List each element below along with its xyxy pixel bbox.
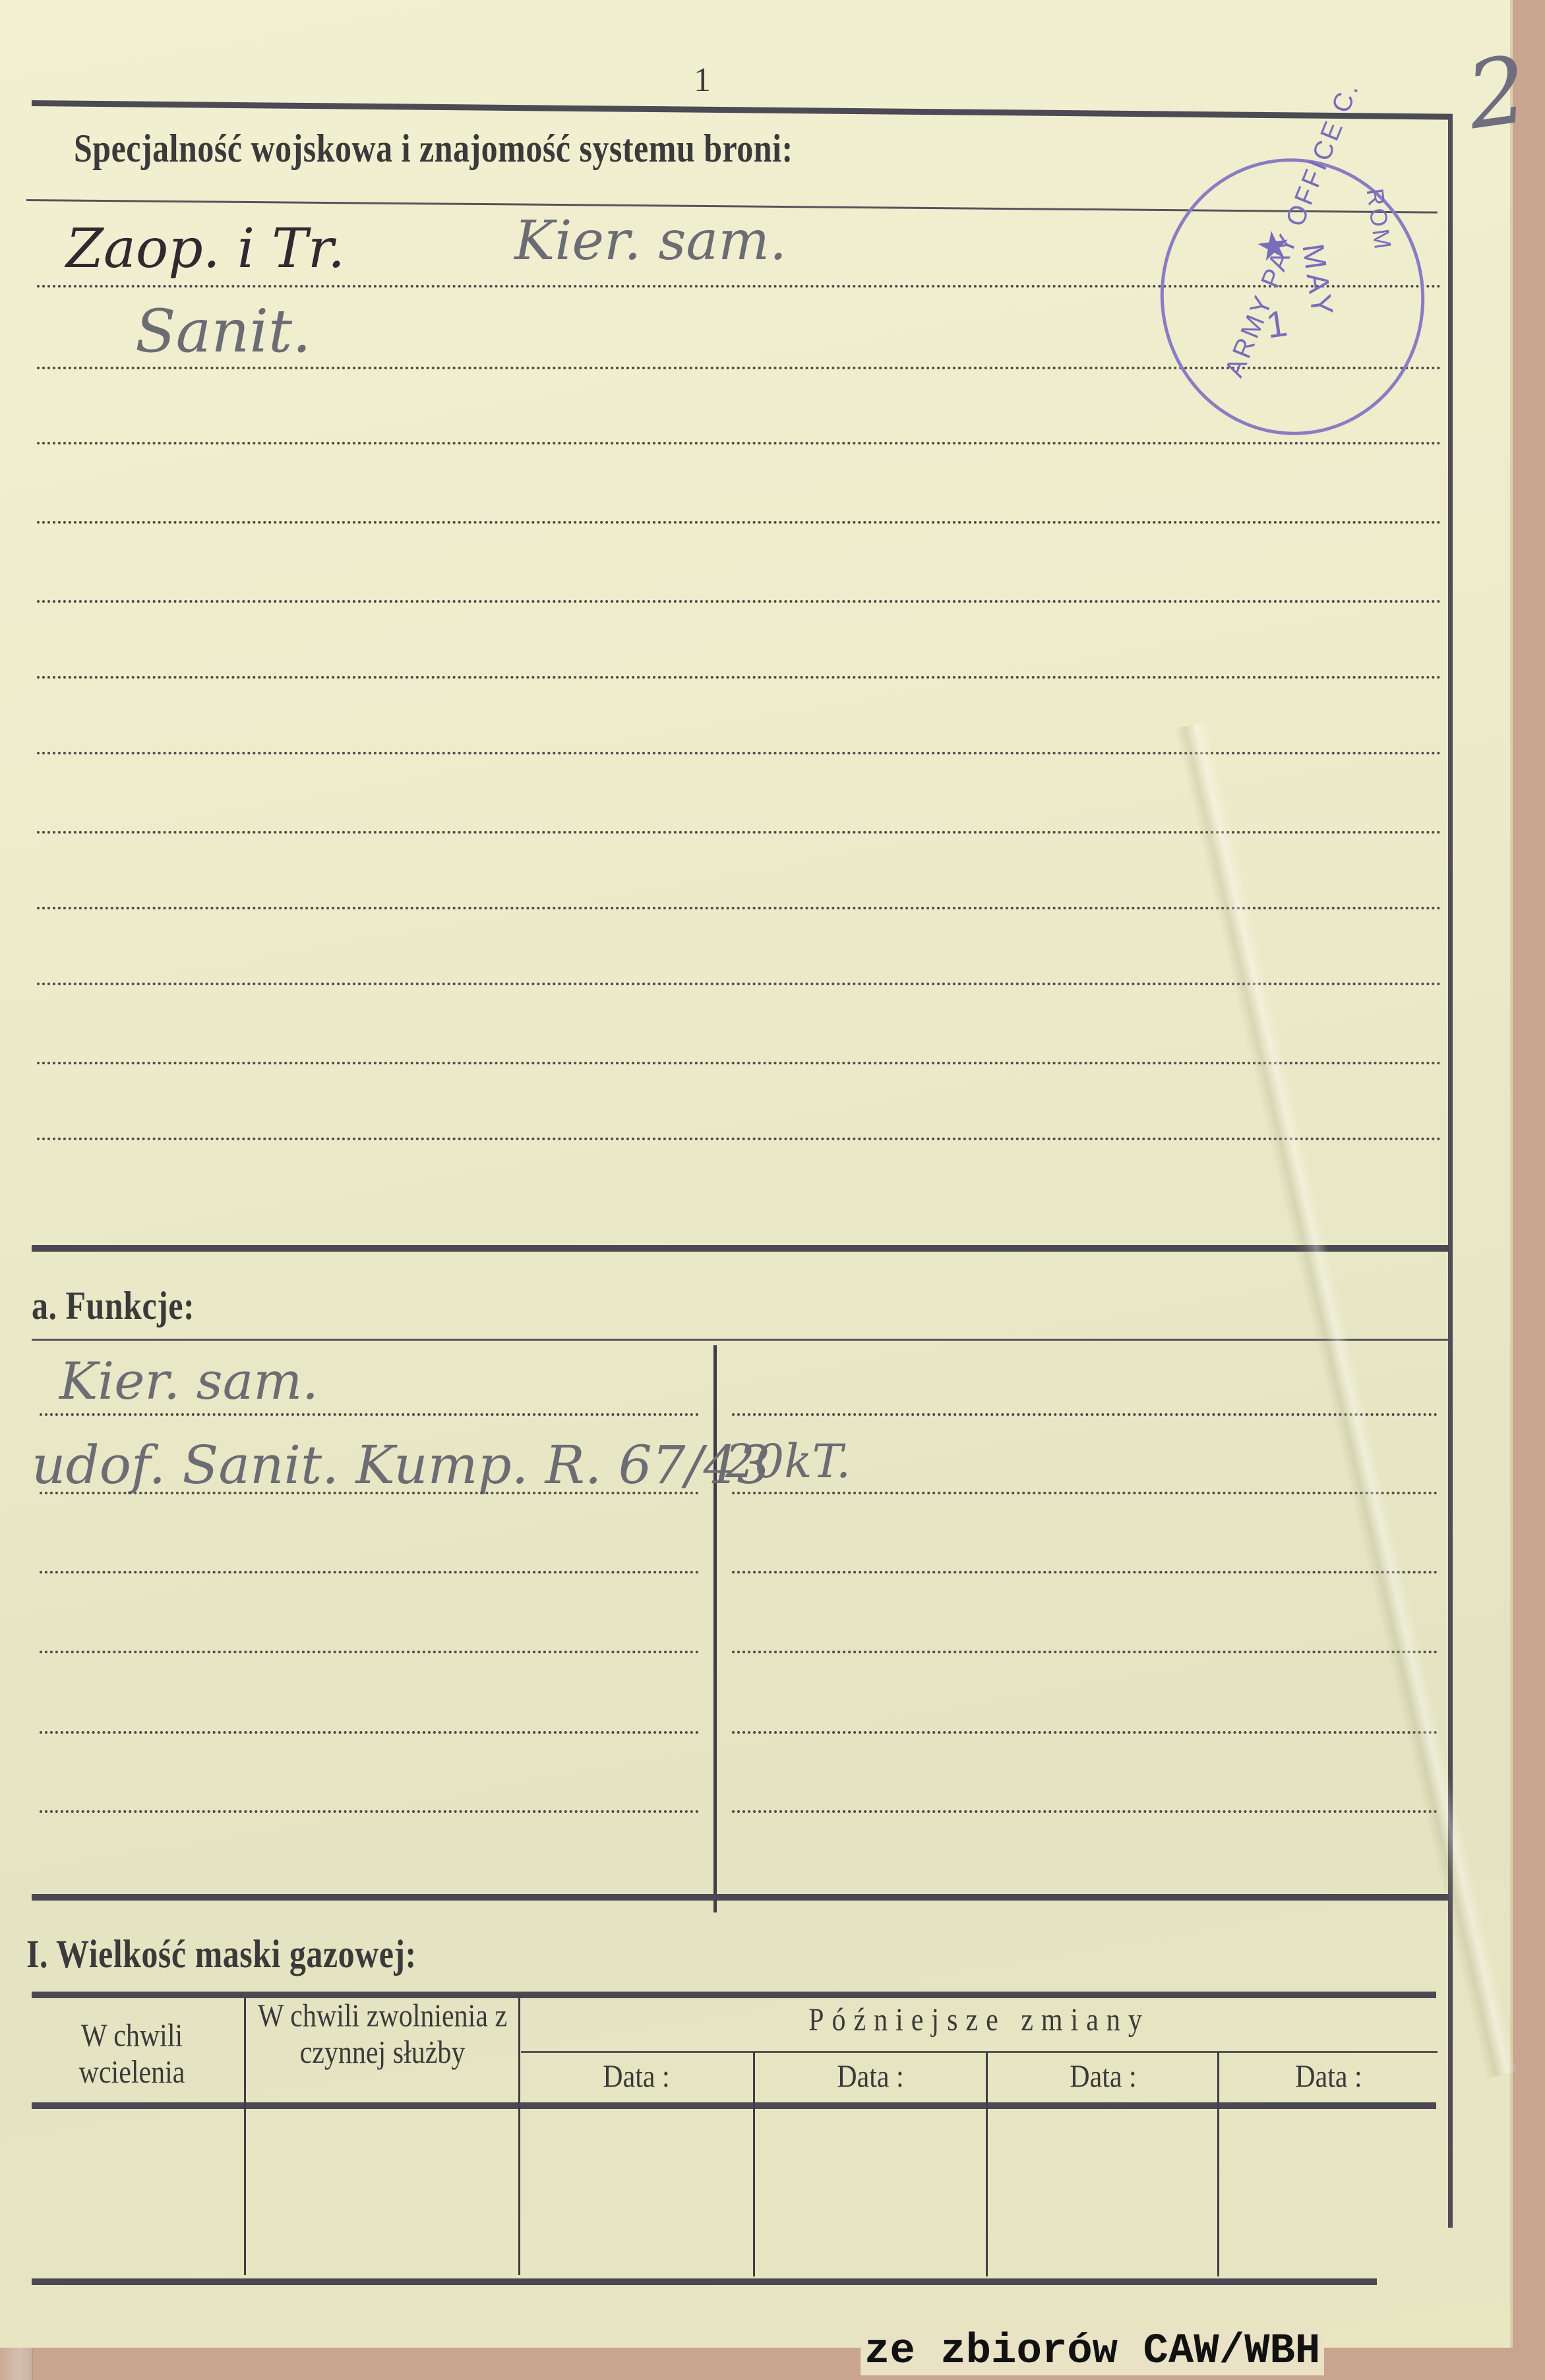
table-column-divider: [244, 1998, 246, 2275]
dotted-line: [40, 1731, 699, 1734]
section-divider: [32, 1894, 1449, 1901]
dotted-line: [37, 983, 1441, 985]
column-header-later-changes: Późniejsze zmiany: [521, 2002, 1438, 2039]
page-number: 1: [694, 61, 711, 100]
handwritten-specialty-pencil: Kier. sam.: [514, 210, 787, 272]
frame-top-rule: [32, 100, 1453, 120]
pencil-page-number: 2: [1461, 36, 1534, 151]
dotted-line: [732, 1571, 1438, 1573]
later-changes-rule: [521, 2051, 1438, 2053]
column-header-discharge: W chwili zwolnienia z czynnej służby: [251, 1998, 514, 2071]
dotted-line: [732, 1731, 1438, 1734]
dotted-line: [732, 1810, 1438, 1813]
stamp-date-day: 1: [1263, 301, 1290, 347]
column-header-induction: W chwili wcielenia: [26, 2018, 237, 2091]
table-column-divider: [518, 1998, 520, 2275]
column-header-date-2: Data :: [755, 2059, 986, 2096]
document-page: 1 2 Specjalność wojskowa i znajomość sys…: [0, 0, 1513, 2348]
handwritten-function-line2: udof. Sanit. Kump. R. 67/43: [32, 1434, 770, 1496]
dotted-line: [37, 1138, 1441, 1140]
table-top-rule: [32, 1992, 1436, 1998]
dotted-line: [732, 1651, 1438, 1653]
table-header-rule: [32, 2102, 1436, 2109]
section-title-functions: a. Funkcje:: [32, 1283, 195, 1329]
column-header-date-4: Data :: [1220, 2059, 1438, 2096]
section-title-gas-mask: I. Wielkość maski gazowej:: [26, 1931, 417, 1977]
army-pay-office-stamp: ARMY PAY OFFICE C. ★ MAY 1 ROM: [1143, 141, 1443, 452]
dotted-line: [40, 1571, 699, 1573]
dotted-line: [37, 752, 1441, 754]
stamp-date-month: MAY: [1295, 241, 1341, 321]
dotted-line: [40, 1651, 699, 1653]
paper-crease: [1174, 721, 1518, 2078]
table-bottom-rule: [32, 2278, 1377, 2285]
dotted-line: [40, 1492, 699, 1494]
dotted-line: [40, 1413, 699, 1416]
section-divider: [32, 1245, 1449, 1252]
handwritten-specialty-line2: Sanit.: [135, 297, 311, 366]
handwritten-function-line1: Kier. sam.: [59, 1352, 318, 1411]
section-title-specialty: Specjalność wojskowa i znajomość systemu…: [74, 125, 793, 171]
star-icon: ★: [1252, 221, 1294, 272]
dotted-line: [37, 1062, 1441, 1064]
column-header-date-1: Data :: [521, 2059, 752, 2096]
rule: [32, 1339, 1449, 1341]
handwritten-function-right: 20kT.: [725, 1434, 851, 1488]
dotted-line: [40, 1810, 699, 1813]
dotted-line: [732, 1492, 1438, 1494]
handwritten-specialty-ink: Zaop. i Tr.: [66, 218, 345, 280]
dotted-line: [37, 442, 1441, 444]
stamp-text-right: ROM: [1361, 187, 1397, 253]
column-divider: [713, 1345, 717, 1912]
dotted-line: [37, 676, 1441, 679]
stamp-text: ARMY PAY OFFICE C.: [1219, 76, 1366, 381]
column-header-date-3: Data :: [988, 2059, 1219, 2096]
archive-watermark: ze zbiorów CAW/WBH: [861, 2328, 1324, 2375]
dotted-line: [37, 521, 1441, 524]
dotted-line: [37, 600, 1441, 603]
